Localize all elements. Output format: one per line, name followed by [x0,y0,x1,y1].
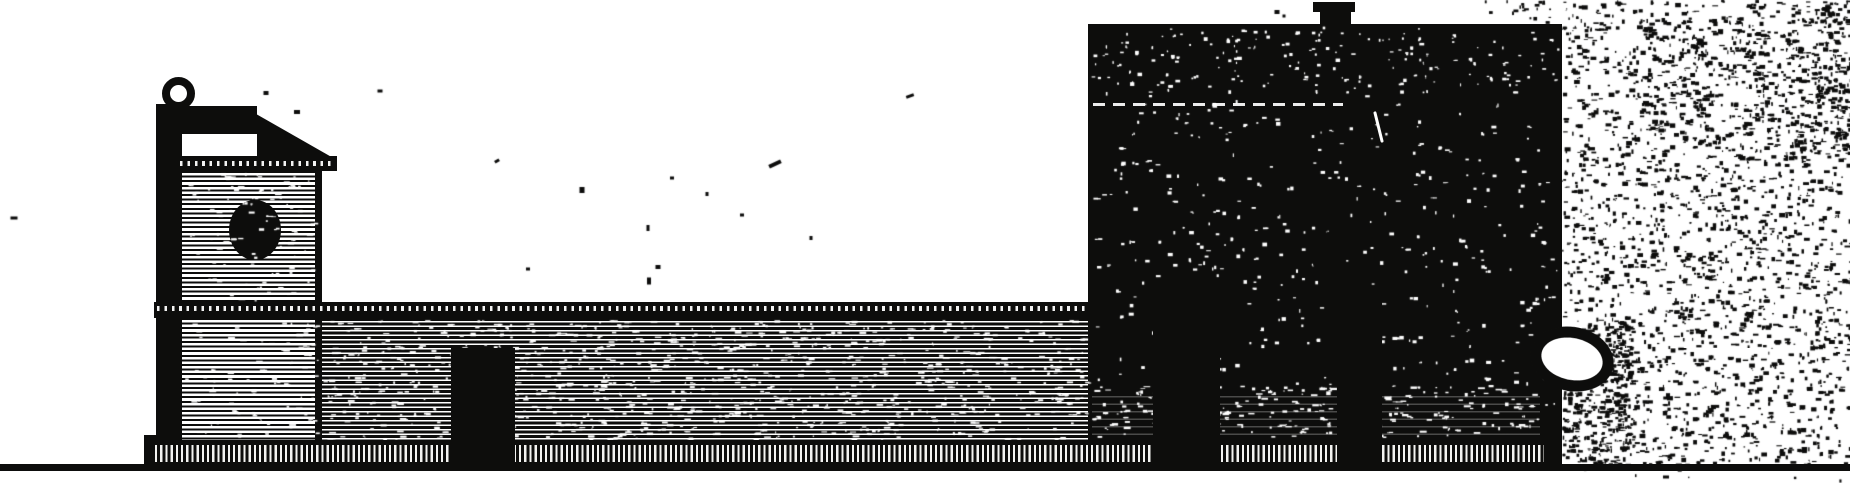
plinth-base [152,440,1544,466]
ground-line [0,464,1850,471]
doorway [451,348,515,467]
pier-left [1153,290,1220,470]
pier-right [1337,290,1382,470]
engraving-scene [0,0,1850,483]
scan-noise-layer [0,0,1850,483]
